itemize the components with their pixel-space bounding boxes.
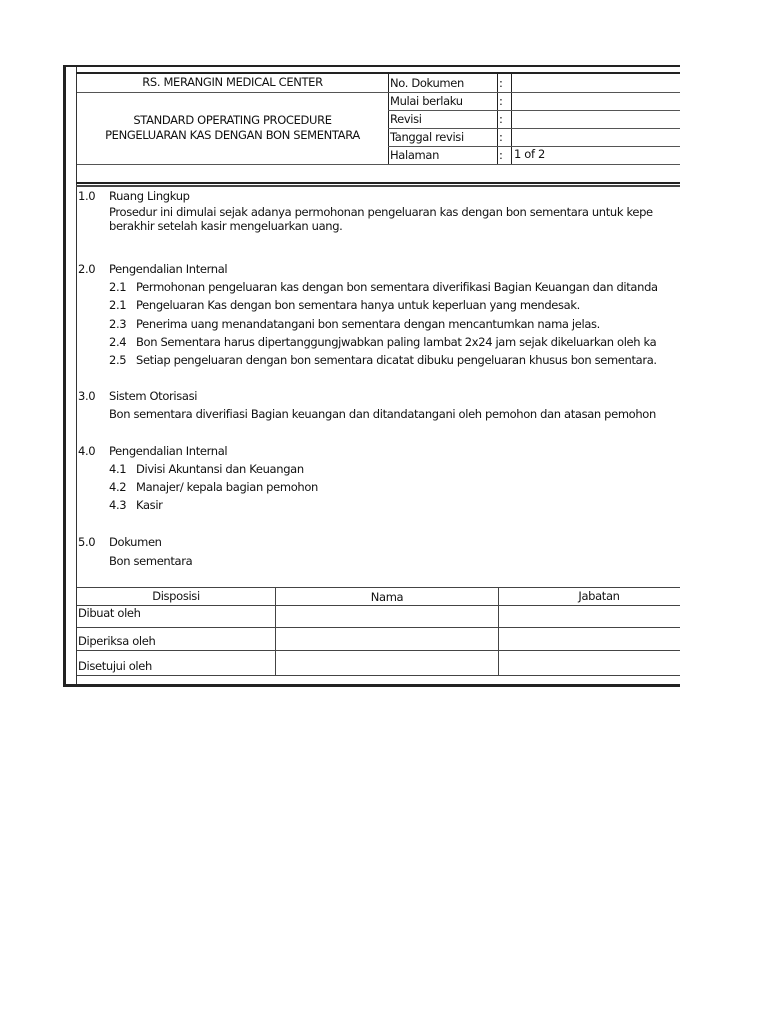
- section-separator: [76, 185, 680, 187]
- section-title: Dokumen: [109, 535, 162, 549]
- approval-table-row-line: [77, 627, 680, 628]
- section-body-line: Prosedur ini dimulai sejak adanya permoh…: [109, 205, 653, 219]
- section-title: Pengendalian Internal: [109, 444, 227, 458]
- section-number: 5.0: [78, 535, 95, 549]
- section-title: Ruang Lingkup: [109, 189, 190, 203]
- section-number: 3.0: [78, 389, 95, 403]
- item-number: 2.4: [109, 335, 126, 349]
- column-header-jabatan: Jabatan: [499, 589, 680, 603]
- item-number: 4.2: [109, 480, 126, 494]
- section-body-line: Bon sementara: [109, 554, 192, 568]
- field-sep: :: [499, 130, 503, 144]
- item-text: Kasir: [136, 498, 163, 512]
- item-text: Divisi Akuntansi dan Keuangan: [136, 462, 304, 476]
- field-label-no-dokumen: No. Dokumen: [390, 76, 464, 90]
- item-number: 4.3: [109, 498, 126, 512]
- item-number: 4.1: [109, 462, 126, 476]
- header-divider-v3: [511, 73, 512, 165]
- frame-top-border: [63, 65, 680, 67]
- item-text: Manajer/ kepala bagian pemohon: [136, 480, 318, 494]
- field-value-halaman: 1 of 2: [514, 147, 545, 161]
- header-bottom-line: [77, 164, 680, 165]
- field-label-halaman: Halaman: [390, 148, 439, 162]
- section-number: 4.0: [78, 444, 95, 458]
- field-label-mulai-berlaku: Mulai berlaku: [390, 94, 463, 108]
- section-body-line: berakhir setelah kasir mengeluarkan uang…: [109, 219, 342, 233]
- header-top-rule: [76, 72, 680, 74]
- section-number: 2.0: [78, 262, 95, 276]
- field-sep: :: [499, 76, 503, 90]
- section-title: Pengendalian Internal: [109, 262, 227, 276]
- document-page: RS. MERANGIN MEDICAL CENTER STANDARD OPE…: [0, 0, 680, 1024]
- item-number: 2.1: [109, 280, 126, 294]
- section-title: Sistem Otorisasi: [109, 389, 197, 403]
- row-jabatan-field[interactable]: [501, 654, 679, 670]
- header-row-line: [77, 92, 680, 93]
- column-header-nama: Nama: [276, 590, 498, 604]
- document-title-line1: STANDARD OPERATING PROCEDURE: [77, 113, 388, 127]
- field-sep: :: [499, 94, 503, 108]
- approval-table-row-line: [77, 650, 680, 651]
- field-sep: :: [499, 148, 503, 162]
- row-nama-field[interactable]: [278, 654, 496, 670]
- row-jabatan-field[interactable]: [501, 631, 679, 647]
- section-separator: [76, 182, 680, 184]
- field-sep: :: [499, 112, 503, 126]
- header-row-line: [388, 110, 680, 111]
- item-text: Permohonan pengeluaran kas dengan bon se…: [136, 280, 658, 294]
- header-divider-v2: [497, 73, 498, 165]
- item-number: 2.1: [109, 298, 126, 312]
- item-text: Penerima uang menandatangani bon sementa…: [136, 317, 600, 331]
- row-disposisi: Dibuat oleh: [78, 606, 141, 620]
- item-text: Setiap pengeluaran dengan bon sementara …: [136, 353, 657, 367]
- row-disposisi: Diperiksa oleh: [78, 634, 155, 648]
- section-body-line: Bon sementara diverifiasi Bagian keuanga…: [109, 407, 656, 421]
- item-number: 2.5: [109, 353, 126, 367]
- field-label-tanggal-revisi: Tanggal revisi: [390, 130, 464, 144]
- field-label-revisi: Revisi: [390, 112, 422, 126]
- section-number: 1.0: [78, 189, 95, 203]
- row-disposisi: Disetujui oleh: [78, 659, 152, 673]
- approval-table-bottom: [77, 675, 680, 676]
- item-number: 2.3: [109, 317, 126, 331]
- item-text: Pengeluaran Kas dengan bon sementara han…: [136, 298, 580, 312]
- column-header-disposisi: Disposisi: [77, 589, 275, 603]
- header-row-line: [388, 128, 680, 129]
- header-divider-v1: [388, 73, 389, 165]
- organization-name: RS. MERANGIN MEDICAL CENTER: [77, 75, 388, 89]
- approval-table-top: [77, 587, 680, 588]
- row-nama-field[interactable]: [278, 608, 496, 624]
- document-title-line2: PENGELUARAN KAS DENGAN BON SEMENTARA: [77, 128, 388, 142]
- frame-left-border: [63, 65, 66, 687]
- approval-table-row-line: [77, 605, 680, 606]
- frame-bottom-border: [63, 684, 680, 687]
- item-text: Bon Sementara harus dipertanggungjwabkan…: [136, 335, 656, 349]
- row-jabatan-field[interactable]: [501, 608, 679, 624]
- row-nama-field[interactable]: [278, 631, 496, 647]
